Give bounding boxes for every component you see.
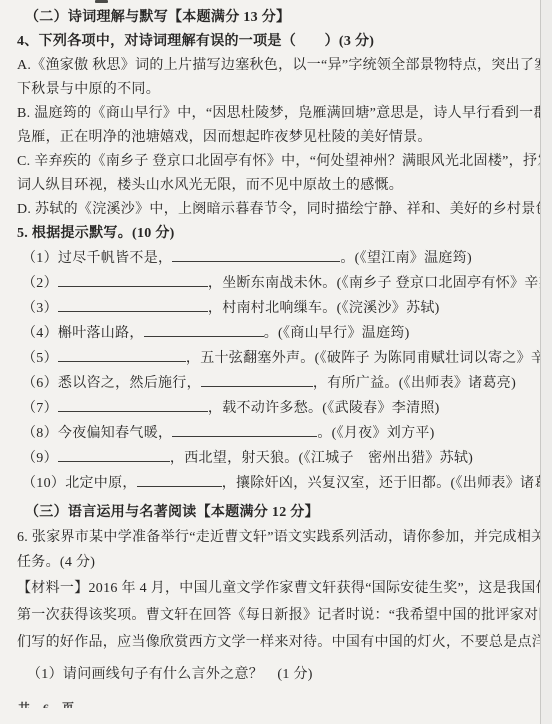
- section-ii-header: （二）诗词理解与默写【本题满分 13 分】: [17, 6, 541, 30]
- dictation-item-2: （2），坐断东南战未休。(《南乡子 登京口北固亭有怀》辛弃疾): [17, 271, 541, 296]
- item-text-pre: （1）过尽千帆皆不是，: [22, 251, 172, 266]
- item-text-pre: （6）悉以咨之，然后施行，: [22, 376, 201, 391]
- item-text-pre: （9）: [22, 451, 58, 466]
- page-footer-fragment: 共 6 页: [18, 699, 88, 708]
- item-text-post: 。(《望江南》温庭筠): [340, 251, 472, 266]
- answer-blank: [137, 472, 222, 487]
- q4-option-c-line1: C. 辛弃疾的《南乡子 登京口北固亭有怀》中，“何处望神州？满眼风光北固楼”，抒…: [17, 150, 541, 174]
- item-text-pre: （8）今夜偏知春气暖，: [22, 426, 172, 441]
- answer-blank: [201, 372, 313, 387]
- q6-material1-line3: 们写的好作品，应当像欣赏西方文学一样来对待。中国有中国的灯火，不要总是点洋蜡: [17, 629, 541, 657]
- item-text-post: ，坐断东南战未休。(《南乡子 登京口北固亭有怀》辛弃疾): [208, 276, 541, 291]
- answer-blank: [58, 347, 186, 362]
- dictation-item-5: （5），五十弦翻塞外声。(《破阵子 为陈同甫赋壮词以寄之》辛弃疾): [17, 346, 541, 371]
- exam-text-content: （二）诗词理解与默写【本题满分 13 分】 4、下列各项中，对诗词理解有误的一项…: [17, 6, 541, 693]
- item-text-post: 。(《商山早行》温庭筠): [264, 326, 410, 341]
- answer-blank: [58, 272, 208, 287]
- page-number-text: 共 6 页: [18, 701, 79, 708]
- q4-option-a-line1: A.《渔家傲 秋思》词的上片描写边塞秋色，以一“异”字统领全部景物特点，突出了塞: [17, 54, 541, 78]
- dictation-item-7: （7），载不动许多愁。(《武陵春》李清照): [17, 396, 541, 421]
- answer-blank: [58, 297, 208, 312]
- item-text-post: ，有所广益。(《出师表》诸葛亮): [313, 376, 516, 391]
- item-text-pre: （2）: [22, 276, 58, 291]
- dictation-item-3: （3），村南村北响缫车。(《浣溪沙》苏轼): [17, 296, 541, 321]
- q4-stem: 4、下列各项中，对诗词理解有误的一项是（ ）(3 分): [17, 30, 541, 54]
- item-text-post: 。(《月夜》刘方平): [317, 426, 434, 441]
- q5-stem: 5. 根据提示默写。(10 分): [17, 222, 541, 246]
- q6-material1-line1: 【材料一】2016 年 4 月，中国儿童文学作家曹文轩获得“国际安徒生奖”，这是…: [17, 575, 541, 602]
- dictation-item-6: （6）悉以咨之，然后施行，，有所广益。(《出师表》诸葛亮): [17, 371, 541, 396]
- q6-subquestion-1: （1）请问画线句子有什么言外之意？ (1 分): [17, 657, 541, 693]
- dictation-item-10: （10）北定中原，，攘除奸凶，兴复汉室，还于旧都。(《出师表》诸葛亮): [17, 471, 541, 496]
- item-text-pre: （5）: [22, 351, 58, 366]
- item-text-post: ，载不动许多愁。(《武陵春》李清照): [208, 401, 440, 416]
- dictation-item-9: （9），西北望，射天狼。(《江城子 密州出猎》苏轼): [17, 446, 541, 471]
- answer-blank: [58, 447, 170, 462]
- q4-option-b-line1: B. 温庭筠的《商山早行》中，“因思杜陵梦，凫雁满回塘”意思是，诗人早行看到一群…: [17, 102, 541, 126]
- scan-artifact-top: [95, 0, 108, 3]
- dictation-item-4: （4）槲叶落山路，。(《商山早行》温庭筠): [17, 321, 541, 346]
- q4-option-d: D. 苏轼的《浣溪沙》中，上阕暗示暮春节令，同时描绘宁静、祥和、美好的乡村景色。: [17, 198, 541, 222]
- dictation-item-8: （8）今夜偏知春气暖，。(《月夜》刘方平): [17, 421, 541, 446]
- item-text-pre: （7）: [22, 401, 58, 416]
- q6-material1-line2: 第一次获得该奖项。曹文轩在回答《每日新报》记者时说：“我希望中国的批评家对同行: [17, 602, 541, 629]
- q4-option-a-line2: 下秋景与中原的不同。: [17, 78, 541, 102]
- item-text-pre: （4）槲叶落山路，: [22, 326, 144, 341]
- q6-stem-line1: 6. 张家界市某中学准备举行“走近曹文轩”语文实践系列活动，请你参加，并完成相关: [17, 525, 541, 550]
- item-text-post: ，村南村北响缫车。(《浣溪沙》苏轼): [208, 301, 440, 316]
- section-iii-header: （三）语言运用与名著阅读【本题满分 12 分】: [17, 500, 541, 525]
- item-text-pre: （10）北定中原，: [22, 476, 137, 491]
- q6-stem-line2: 任务。(4 分): [17, 550, 541, 575]
- q4-option-b-line2: 凫雁，正在明净的池塘嬉戏，因而想起昨夜梦见杜陵的美好情景。: [17, 126, 541, 150]
- q4-option-c-line2: 词人纵目环视，楼头山水风光无限，而不见中原故土的感慨。: [17, 174, 541, 198]
- item-text-pre: （3）: [22, 301, 58, 316]
- answer-blank: [58, 397, 208, 412]
- scanned-exam-page: （二）诗词理解与默写【本题满分 13 分】 4、下列各项中，对诗词理解有误的一项…: [0, 0, 552, 724]
- answer-blank: [172, 422, 317, 437]
- item-text-post: ，攘除奸凶，兴复汉室，还于旧都。(《出师表》诸葛亮): [222, 476, 541, 491]
- item-text-post: ，西北望，射天狼。(《江城子 密州出猎》苏轼): [170, 451, 473, 466]
- answer-blank: [144, 322, 264, 337]
- scan-page-edge: [540, 0, 552, 724]
- dictation-item-1: （1）过尽千帆皆不是，。(《望江南》温庭筠): [17, 246, 541, 271]
- item-text-post: ，五十弦翻塞外声。(《破阵子 为陈同甫赋壮词以寄之》辛弃疾): [186, 351, 541, 366]
- answer-blank: [172, 247, 340, 262]
